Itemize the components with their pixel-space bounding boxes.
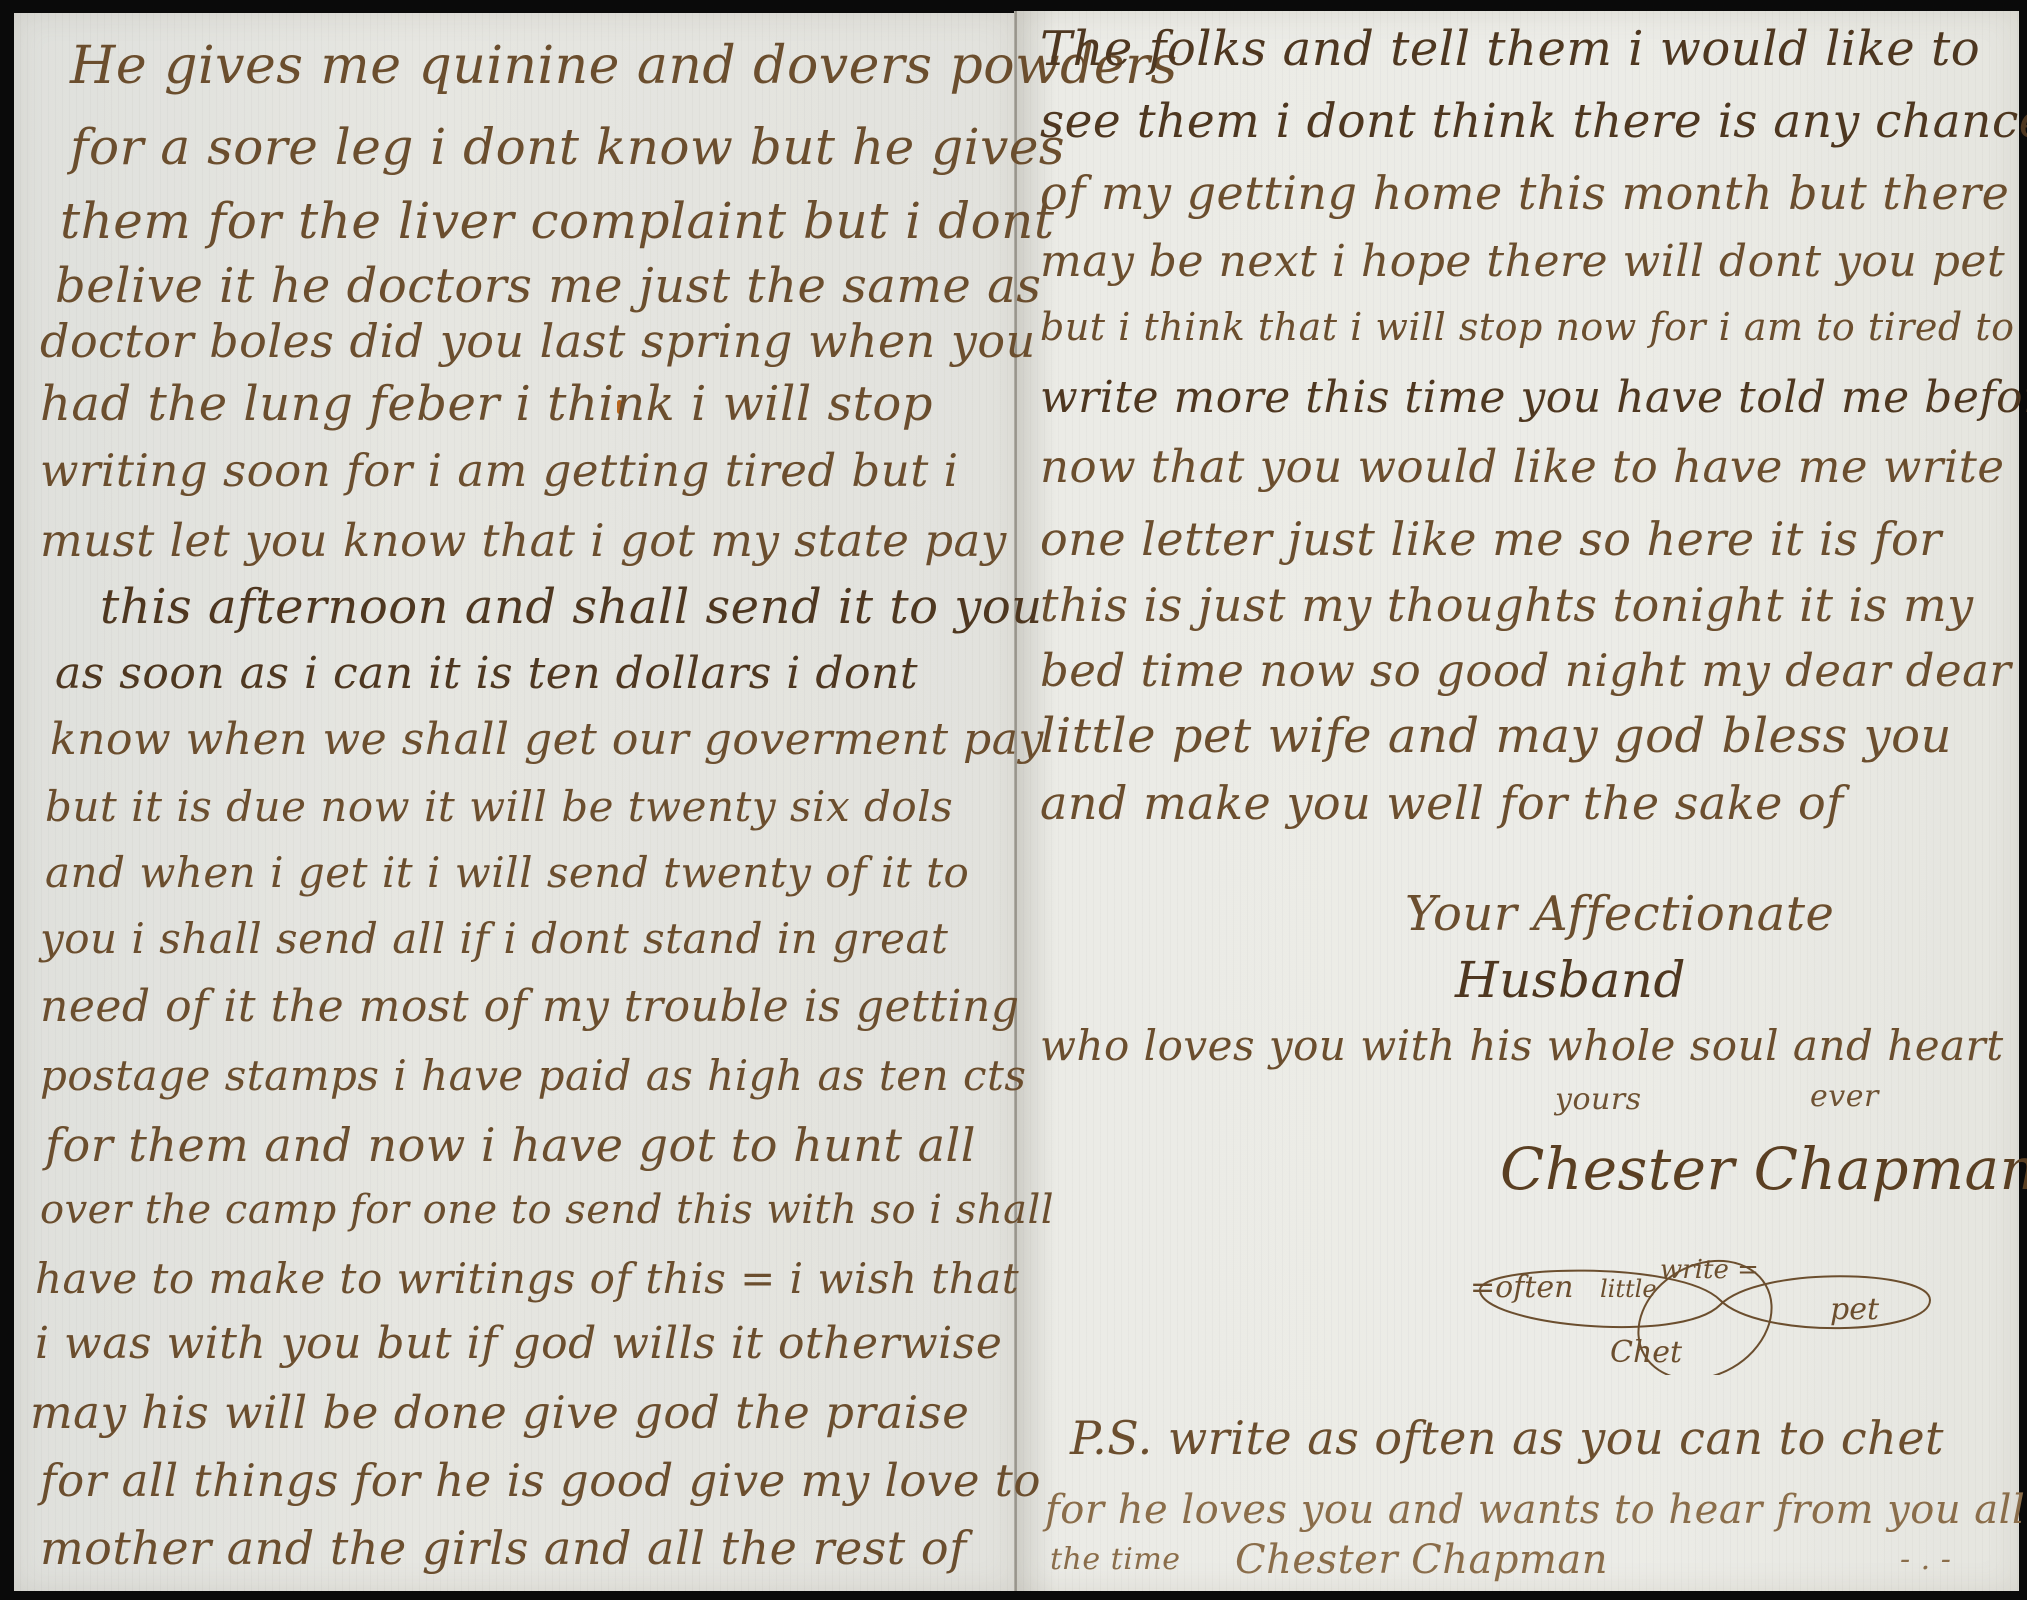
letter-line: need of it the most of my trouble is get…	[40, 985, 1020, 1029]
closing-ever: ever	[1810, 1082, 1879, 1112]
letter-line: as soon as i can it is ten dollars i don…	[55, 652, 918, 696]
closing-salutation: Your Affectionate	[1405, 890, 1834, 938]
letter-line: He gives me quinine and dovers powders	[70, 40, 1178, 92]
letter-line: this afternoon and shall send it to you	[100, 583, 1043, 631]
letter-line: must let you know that i got my state pa…	[40, 518, 1007, 563]
letter-line: postage stamps i have paid as high as te…	[40, 1055, 1026, 1097]
letter-line: for them and now i have got to hunt all	[45, 1122, 976, 1168]
closing-yours: yours	[1555, 1085, 1642, 1115]
signature: Chester Chapman	[1500, 1140, 2027, 1198]
letter-line: for all things for he is good give my lo…	[40, 1458, 1041, 1503]
letter-line: bed time now so good night my dear dear	[1040, 648, 2011, 693]
letter-line: you i shall send all if i dont stand in …	[40, 918, 948, 960]
closing-husband: Husband	[1455, 955, 1686, 1005]
letter-line: over the camp for one to send this with …	[40, 1190, 1054, 1230]
flourish-often: =often	[1470, 1270, 1573, 1305]
flourish-pet: pet	[1830, 1292, 1879, 1327]
letter-line: doctor boles did you last spring when yo…	[40, 318, 1036, 364]
letter-line: The folks and tell them i would like to	[1040, 25, 1980, 73]
letter-line: had the lung feber i think i will stop	[40, 380, 933, 428]
letter-line: have to make to writings of this = i wis…	[35, 1258, 1019, 1300]
letter-line: of my getting home this month but there	[1040, 170, 2009, 216]
letter-line: write more this time you have told me be…	[1040, 376, 2027, 420]
letter-line: and make you well for the sake of	[1040, 780, 1844, 826]
letter-line: mother and the girls and all the rest of	[40, 1525, 967, 1571]
letter-line: belive it he doctors me just the same as	[55, 262, 1041, 310]
letter-line: may his will be done give god the praise	[30, 1390, 969, 1435]
postscript-trailing-marks: - . -	[1900, 1545, 1951, 1575]
postscript-line: for he loves you and wants to hear from …	[1045, 1490, 2025, 1530]
letter-line: writing soon for i am getting tired but …	[40, 448, 959, 493]
letter-line: see them i dont think there is any chanc…	[1040, 98, 2027, 145]
letter-line: now that you would like to have me write	[1040, 444, 2004, 489]
postscript-line: P.S. write as often as you can to chet	[1070, 1415, 1944, 1461]
letter-line: know when we shall get our goverment pay	[50, 718, 1044, 762]
letter-line: may be next i hope there will dont you p…	[1040, 240, 2005, 284]
letter-line: them for the liver complaint but i dont	[60, 196, 1054, 246]
letter-line: but it is due now it will be twenty six …	[45, 786, 953, 828]
postscript-signature: Chester Chapman	[1235, 1540, 1608, 1580]
postscript-line: the time	[1050, 1545, 1181, 1575]
letter-line: i was with you but if god wills it other…	[35, 1322, 1002, 1366]
letter-line: this is just my thoughts tonight it is m…	[1040, 582, 1974, 628]
letter-line: and when i get it i will send twenty of …	[45, 852, 969, 894]
flourish-write: write =	[1660, 1255, 1759, 1285]
letter-line: little pet wife and may god bless you	[1040, 712, 1952, 760]
letter-line: one letter just like me so here it is fo…	[1040, 516, 1942, 562]
letter-line: for a sore leg i dont know but he gives	[70, 122, 1065, 172]
flourish-little: little	[1600, 1275, 1657, 1303]
letter-line: but i think that i will stop now for i a…	[1040, 308, 2014, 346]
closing-love-line: who loves you with his whole soul and he…	[1040, 1025, 2004, 1067]
flourish-chet: Chet	[1610, 1335, 1682, 1370]
